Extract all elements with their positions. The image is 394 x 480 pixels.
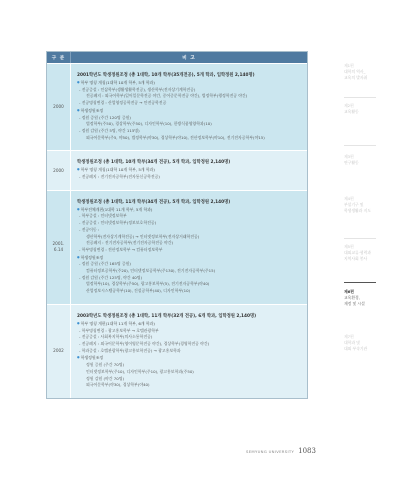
table-row: 20002001학년도 학생정원조정 (총 1대학, 10개 학부(35개전공)… bbox=[47, 63, 307, 150]
header-category: 구 분 bbox=[47, 52, 71, 63]
row-title: 학생정원조정 (총 1대학, 10개 학부(34개 전공), 5개 학과, 입학… bbox=[77, 159, 301, 166]
detail-line: - 정원 증원 (주간 165명 증원) bbox=[77, 261, 301, 268]
detail-line: 컴퓨터정보공학부(주20), 인터넷정보공학부(주130), 전기전자공학부(주… bbox=[77, 268, 301, 275]
chapter-nav-item[interactable]: 제5편대외교류·협력과지역사회 봉사 bbox=[344, 244, 384, 262]
remarks-cell: 학생정원조정 (총 1대학, 11개 학부(34개 전공), 5개 학과, 입학… bbox=[71, 191, 307, 304]
sidebar-divider bbox=[344, 145, 376, 146]
detail-line: - 학부증설 : 인터넷정보학부 bbox=[77, 213, 301, 220]
detail-line: - 학과증설 : 호텔관광학부(광고홍보학전공) → 광고홍보학과 bbox=[77, 348, 301, 355]
detail-line: 정원 감원 (야간 70명) bbox=[77, 376, 301, 383]
chapter-nav-item[interactable]: 제7편대학과 및대외 부속기관 bbox=[344, 334, 384, 352]
bullet-item: 학생정원조정 bbox=[77, 107, 301, 115]
detail-line: 전공폐지 : 전기전자공학부(전기전자공학전공 야간) bbox=[77, 240, 301, 247]
row-title: 학생정원조정 (총 1대학, 11개 학부(34개 전공), 5개 학과, 입학… bbox=[77, 199, 301, 206]
detail-line: 전공폐지 : 외국어학부(일어일문학전공 야간, 중어중문학전공 야간), 법정… bbox=[77, 93, 301, 100]
bullet-item: 학부전체개편(1대학 11개 학부, 5개 학과) bbox=[77, 206, 301, 214]
remarks-cell: 2003학년도 학생정원조정 (총 1대학, 11개 학부(32개 전공), 6… bbox=[71, 305, 307, 398]
sidebar-divider bbox=[344, 97, 376, 98]
chapter-nav-item[interactable]: 제3편연구활동 bbox=[344, 154, 384, 166]
bullet-item: 학부 명칭 개칭(1대학 10개 학부, 5개 학과) bbox=[77, 166, 301, 174]
chapter-nav-item[interactable]: 제1편대학의 역사_교육의 발자취 bbox=[344, 63, 384, 81]
detail-line: - 전공명칭변경 : 산업영정공학전공 → 안전공학전공 bbox=[77, 100, 301, 107]
detail-line: - 전공증설 : 인터넷정보학부(정보보호학전공) bbox=[77, 220, 301, 227]
detail-line: 인터넷정보학부(주10), 디자인학부(주10), 광고홍보학과(주50) bbox=[77, 369, 301, 376]
detail-line: - 전공증설 : 인삼학부(생활생활학전공), 생산학부(전자상기계학전공) bbox=[77, 87, 301, 94]
row-title: 2003학년도 학생정원조정 (총 1대학, 11개 학부(32개 전공), 6… bbox=[77, 313, 301, 320]
table-row: 2000학생정원조정 (총 1대학, 10개 학부(34개 전공), 5개 학과… bbox=[47, 150, 307, 189]
chapter-title: 교육의 발자취 bbox=[344, 75, 384, 81]
chapter-title: 학생생활과 지도 bbox=[344, 208, 384, 214]
detail-line: 정원 증원 (주간 70명) bbox=[77, 362, 301, 369]
university-name: SEMYUNG UNIVERSITY bbox=[246, 449, 294, 454]
bullet-item: 학부 명칭 개편(1대학 11개 학부, 6개 학과) bbox=[77, 320, 301, 328]
detail-line: - 정원 감원 (주간 5명, 야간 115명) bbox=[77, 128, 301, 135]
bullet-item: 학생정원조정 bbox=[77, 354, 301, 362]
detail-line: - 학부명칭변경 : 광고홍보학부 → 호텔관광학부 bbox=[77, 328, 301, 335]
chapter-nav-item[interactable]: 제6편교육환경,재정 및 시설 bbox=[344, 289, 384, 307]
detail-line: - 정원 증원 (주간 120명 증원) bbox=[77, 115, 301, 122]
table-row: 20022003학년도 학생정원조정 (총 1대학, 11개 학부(32개 전공… bbox=[47, 304, 307, 398]
page-number: 1083 bbox=[298, 447, 316, 455]
detail-line: 산업정보시스템공학부(10), 건설공학부(40), 디자인학부(10) bbox=[77, 288, 301, 295]
table-row: 2001. 6.14학생정원조정 (총 1대학, 11개 학부(34개 전공),… bbox=[47, 190, 307, 304]
document-page: 구 분 비 고 20002001학년도 학생정원조정 (총 1대학, 10개 학… bbox=[0, 0, 394, 480]
chapter-title: 지역사회 봉사 bbox=[344, 256, 384, 262]
detail-line: - 전공이동 : bbox=[77, 227, 301, 234]
remarks-cell: 학생정원조정 (총 1대학, 10개 학부(34개 전공), 5개 학과, 입학… bbox=[71, 151, 307, 189]
detail-line: 생산학부(전자상기계학전공) → 인터넷정보학부(전자상거래학전공) bbox=[77, 234, 301, 241]
detail-line: - 전공증설 : 사회복지학부(의사소통학전공) bbox=[77, 334, 301, 341]
detail-line: 법정학부(주50), 경상학부(주50), 디자인학부(10), 한방식품영양학… bbox=[77, 121, 301, 128]
bullet-item: 학생정원조정 bbox=[77, 254, 301, 262]
year-cell: 2001. 6.14 bbox=[47, 191, 71, 304]
sidebar-divider bbox=[344, 238, 376, 239]
detail-line: - 전공폐지 : 외국어문학부(영어영문학전공 야간), 경상학부(경영학전공 … bbox=[77, 341, 301, 348]
row-title: 2001학년도 학생정원조정 (총 1대학, 10개 학부(35개전공), 5개… bbox=[77, 72, 301, 79]
chapter-title: 재정 및 시설 bbox=[344, 301, 384, 307]
chapter-nav-item[interactable]: 제4편부설기구 및학생생활과 지도 bbox=[344, 196, 384, 214]
bullet-item: 학부 명칭 개칭(1대학 10개 학부, 5개 학과) bbox=[77, 79, 301, 87]
detail-line: - 전공폐지 : 전기전자공학부(전자통신공학전공) bbox=[77, 174, 301, 181]
page-footer: SEMYUNG UNIVERSITY 1083 bbox=[246, 447, 316, 455]
chapter-title: 연구활동 bbox=[344, 160, 384, 166]
detail-line: 법정학부(10), 경상학부(주50), 광고홍보학부(5), 전기전자공학부(… bbox=[77, 281, 301, 288]
detail-line: - 학부명칭변경 : 전산정보학부 → 컴퓨터정보학부 bbox=[77, 247, 301, 254]
chapter-title: 교육활동 bbox=[344, 109, 384, 115]
table-body: 20002001학년도 학생정원조정 (총 1대학, 10개 학부(35개전공)… bbox=[47, 63, 307, 398]
chapter-nav-item[interactable]: 제2편교육활동 bbox=[344, 103, 384, 115]
table-header: 구 분 비 고 bbox=[47, 52, 307, 63]
remarks-cell: 2001학년도 학생정원조정 (총 1대학, 10개 학부(35개전공), 5개… bbox=[71, 64, 307, 150]
chapter-title: 대외 부속기관 bbox=[344, 346, 384, 352]
year-cell: 2000 bbox=[47, 64, 71, 150]
year-cell: 2000 bbox=[47, 151, 71, 189]
detail-line: 외국어문학부(주5, 야50), 법정학부(야30), 경상학부(야10), 전… bbox=[77, 135, 301, 142]
year-cell: 2002 bbox=[47, 305, 71, 398]
history-table: 구 분 비 고 20002001학년도 학생정원조정 (총 1대학, 10개 학… bbox=[46, 51, 308, 399]
detail-line: - 정원 감원 (주간 125명, 야간 40명) bbox=[77, 275, 301, 282]
detail-line: 외국어문학부(야30), 경상학부(야40) bbox=[77, 382, 301, 389]
header-remarks: 비 고 bbox=[71, 52, 307, 63]
sidebar-divider bbox=[344, 282, 376, 283]
